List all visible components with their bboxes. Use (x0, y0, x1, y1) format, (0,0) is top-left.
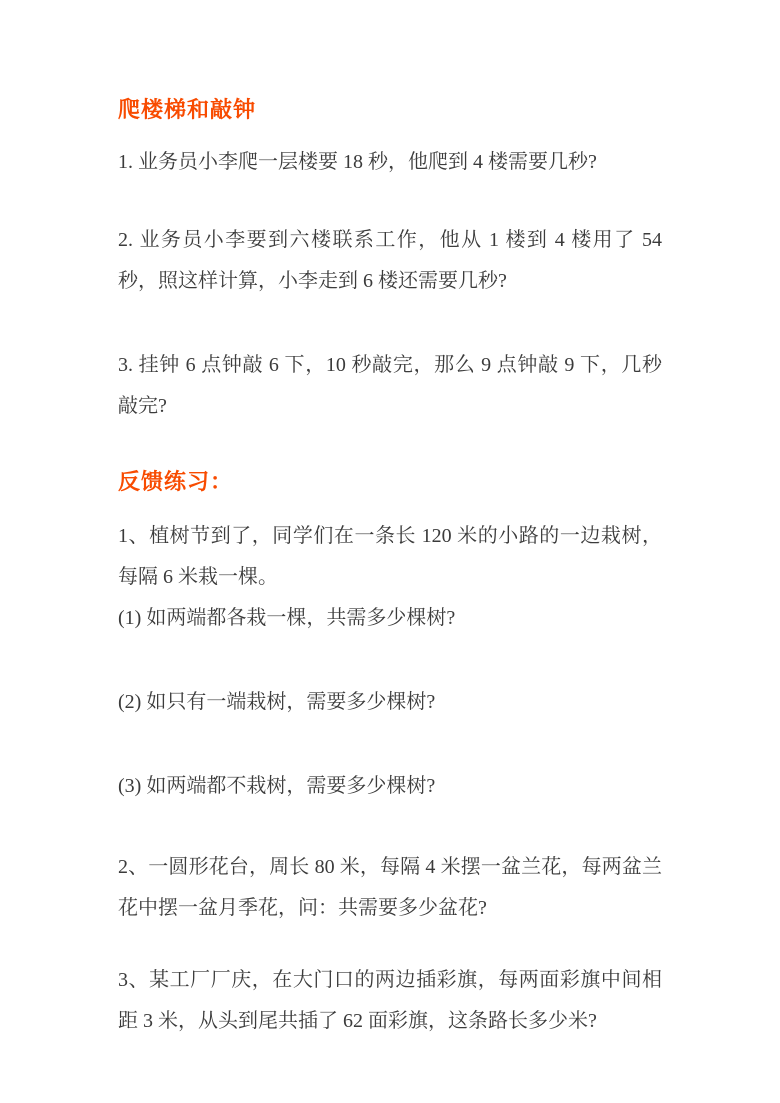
section-heading-stairs-and-bells: 爬楼梯和敲钟 (118, 96, 662, 124)
practice-question-1-sub-3: (3) 如两端都不栽树，需要多少棵树? (118, 766, 662, 807)
practice-question-2: 2、一圆形花台，周长 80 米，每隔 4 米摆一盆兰花，每两盆兰花中摆一盆月季花… (118, 847, 662, 929)
question-stairs-3: 3. 挂钟 6 点钟敲 6 下，10 秒敲完，那么 9 点钟敲 9 下，几秒敲完… (118, 345, 662, 427)
practice-question-1-sub-1: (1) 如两端都各栽一棵，共需多少棵树? (118, 598, 662, 639)
question-stairs-2: 2. 业务员小李要到六楼联系工作，他从 1 楼到 4 楼用了 54 秒，照这样计… (118, 220, 662, 302)
section-heading-feedback-practice: 反馈练习： (118, 468, 662, 496)
practice-question-1-intro: 1、植树节到了，同学们在一条长 120 米的小路的一边栽树，每隔 6 米栽一棵。 (118, 516, 662, 598)
practice-question-1-sub-2: (2) 如只有一端栽树，需要多少棵树? (118, 682, 662, 723)
practice-question-3: 3、某工厂厂庆，在大门口的两边插彩旗，每两面彩旗中间相距 3 米，从头到尾共插了… (118, 960, 662, 1042)
worksheet-page: 爬楼梯和敲钟 1. 业务员小李爬一层楼要 18 秒，他爬到 4 楼需要几秒? 2… (0, 0, 780, 1103)
question-stairs-1: 1. 业务员小李爬一层楼要 18 秒，他爬到 4 楼需要几秒? (118, 142, 662, 183)
